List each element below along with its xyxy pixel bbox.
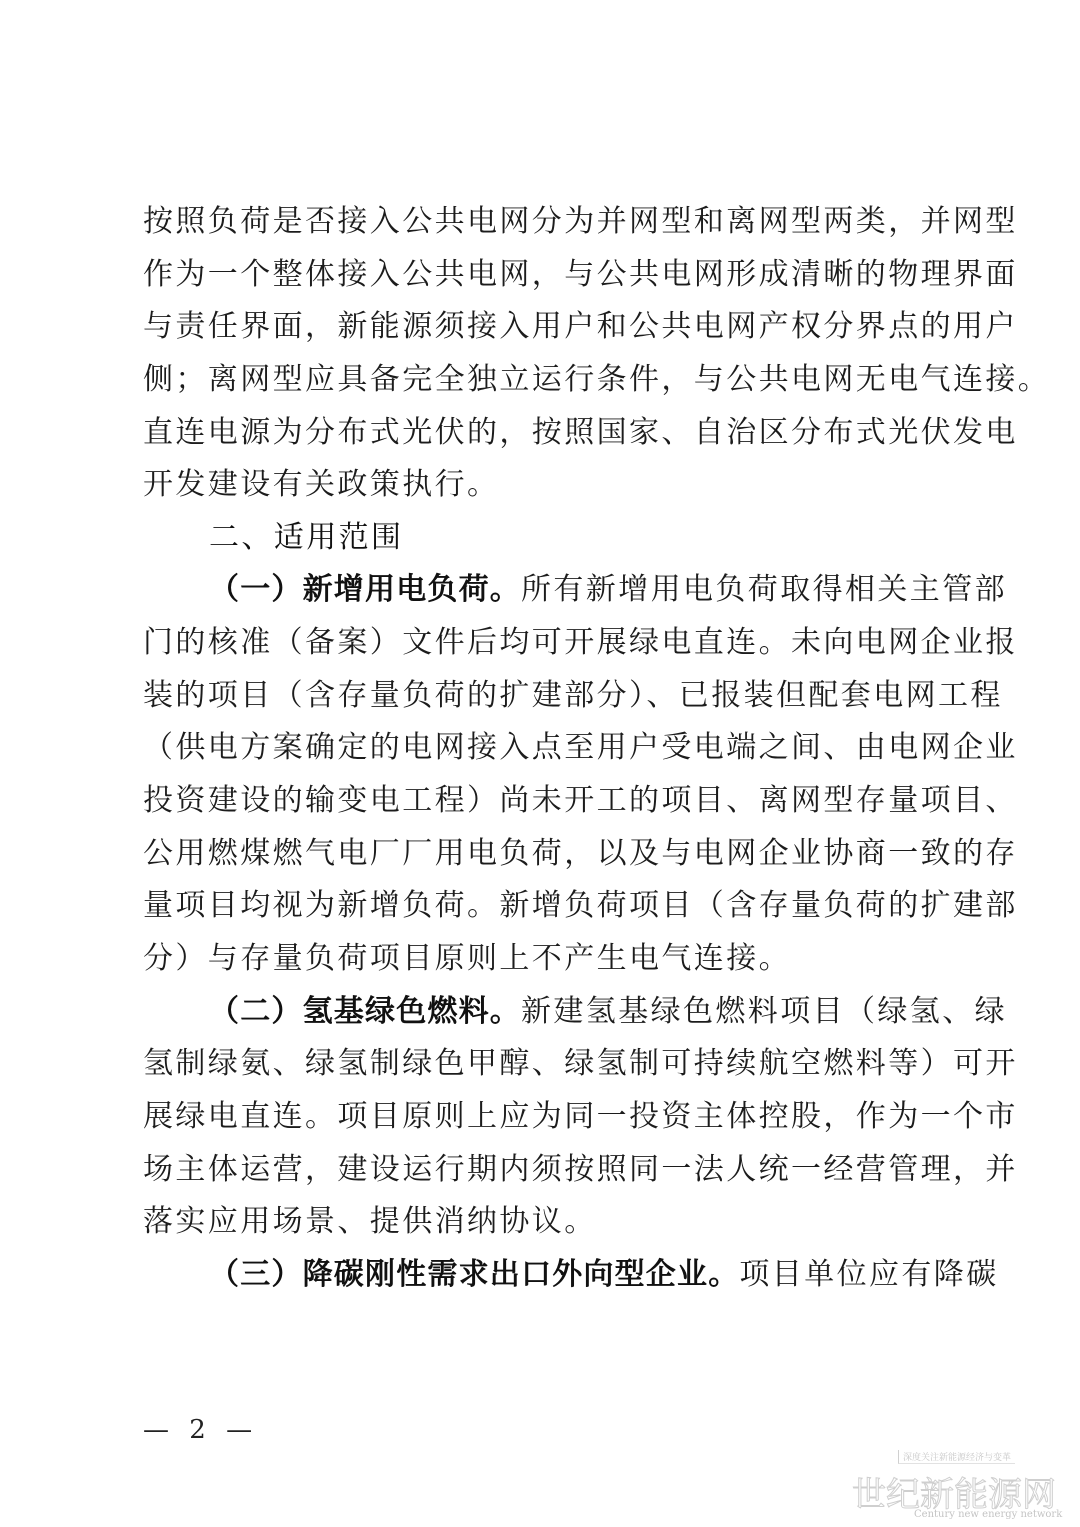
paragraph-line: 作为一个整体接入公共电网，与公共电网形成清晰的物理界面 bbox=[143, 249, 933, 302]
watermark-subtitle: Century new energy network bbox=[914, 1509, 1062, 1520]
item-2-title: （二）氢基绿色燃料。 bbox=[209, 994, 521, 1029]
paragraph-line: 装的项目（含存量负荷的扩建部分）、已报装但配套电网工程 bbox=[143, 670, 933, 723]
paragraph-line: 侧；离网型应具备完全独立运行条件，与公共电网无电气连接。 bbox=[143, 354, 933, 407]
item-3-title: （三）降碳刚性需求出口外向型企业。 bbox=[209, 1257, 739, 1292]
document-body: 按照负荷是否接入公共电网分为并网型和离网型两类，并网型 作为一个整体接入公共电网… bbox=[143, 196, 933, 1301]
paragraph-line: 分）与存量负荷项目原则上不产生电气连接。 bbox=[143, 933, 933, 986]
paragraph-line: 氢制绿氨、绿氢制绿色甲醇、绿氢制可持续航空燃料等）可开 bbox=[143, 1038, 933, 1091]
item-1-text: 所有新增用电负荷取得相关主管部 bbox=[521, 572, 1007, 607]
paragraph-line: 投资建设的输变电工程）尚未开工的项目、离网型存量项目、 bbox=[143, 775, 933, 828]
watermark-logo: 深度关注新能源经济与变革 世纪新能源网 Century new energy n… bbox=[848, 1445, 1080, 1527]
paragraph-line: 落实应用场景、提供消纳协议。 bbox=[143, 1196, 933, 1249]
watermark-tagline: 深度关注新能源经济与变革 bbox=[898, 1450, 1015, 1464]
section-heading: 二、适用范围 bbox=[143, 512, 933, 565]
page-number: — 2 — bbox=[143, 1415, 258, 1445]
paragraph-line: （供电方案确定的电网接入点至用户受电端之间、由电网企业 bbox=[143, 722, 933, 775]
item-3-text: 项目单位应有降碳 bbox=[739, 1257, 998, 1292]
paragraph-line: 开发建设有关政策执行。 bbox=[143, 459, 933, 512]
paragraph-line: 公用燃煤燃气电厂厂用电负荷，以及与电网企业协商一致的存 bbox=[143, 828, 933, 881]
paragraph-line: 量项目均视为新增负荷。新增负荷项目（含存量负荷的扩建部 bbox=[143, 880, 933, 933]
item-3-first-line: （三）降碳刚性需求出口外向型企业。项目单位应有降碳 bbox=[143, 1249, 933, 1302]
item-1-first-line: （一）新增用电负荷。所有新增用电负荷取得相关主管部 bbox=[143, 564, 933, 617]
item-2-first-line: （二）氢基绿色燃料。新建氢基绿色燃料项目（绿氢、绿 bbox=[143, 986, 933, 1039]
item-1-title: （一）新增用电负荷。 bbox=[209, 572, 521, 607]
paragraph-line: 门的核准（备案）文件后均可开展绿电直连。未向电网企业报 bbox=[143, 617, 933, 670]
paragraph-line: 场主体运营，建设运行期内须按照同一法人统一经营管理，并 bbox=[143, 1144, 933, 1197]
paragraph-line: 直连电源为分布式光伏的，按照国家、自治区分布式光伏发电 bbox=[143, 407, 933, 460]
item-2-text: 新建氢基绿色燃料项目（绿氢、绿 bbox=[521, 994, 1007, 1029]
paragraph-line: 与责任界面，新能源须接入用户和公共电网产权分界点的用户 bbox=[143, 301, 933, 354]
paragraph-line: 展绿电直连。项目原则上应为同一投资主体控股，作为一个市 bbox=[143, 1091, 933, 1144]
paragraph-line: 按照负荷是否接入公共电网分为并网型和离网型两类，并网型 bbox=[143, 196, 933, 249]
